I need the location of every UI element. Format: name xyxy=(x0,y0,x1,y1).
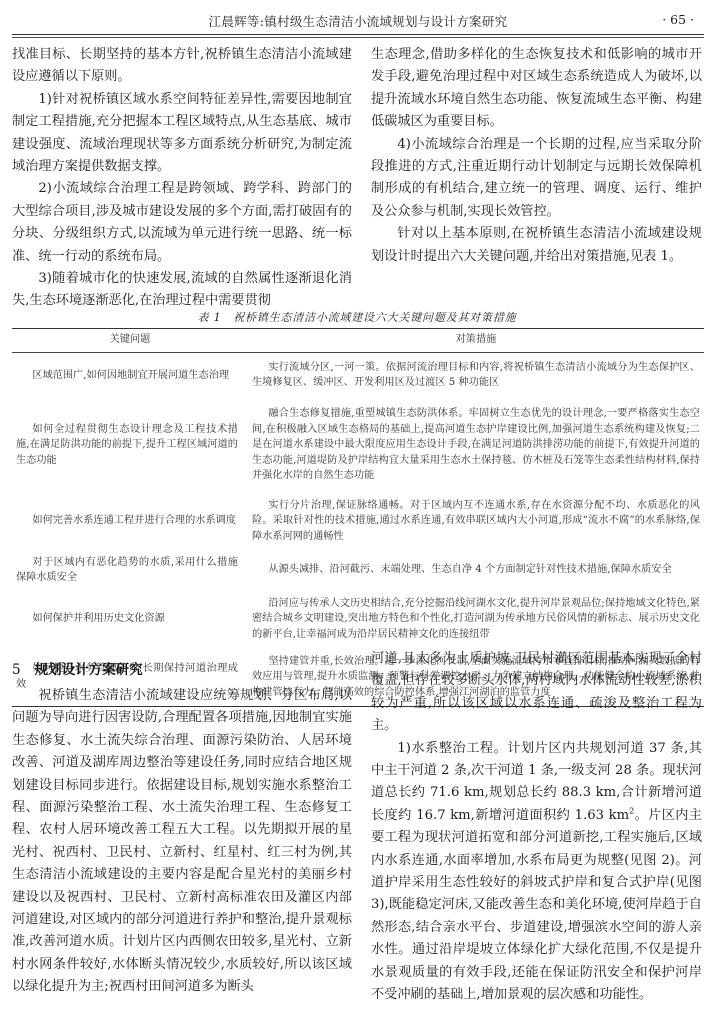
table-caption: 表 1 祝桥镇生态清洁小流域建设六大关键问题及其对策措施 xyxy=(0,309,714,325)
running-title: 江晨辉等:镇村级生态清洁小流域规划与设计方案研究 xyxy=(12,12,704,30)
table-row: 如何全过程贯彻生态设计理念及工程技术措施,在满足防洪功能的前提下,提升工程区域河… xyxy=(12,398,704,492)
section-heading: 5规划设计方案研究 xyxy=(12,658,143,678)
running-header: 江晨辉等:镇村级生态清洁小流域规划与设计方案研究 · 65 · xyxy=(12,8,704,38)
paragraph: 找准目标、长期坚持的基本方针,祝桥镇生态清洁小流域建设应遵循以下原则。 xyxy=(12,44,352,89)
principle-2: 2)小流域综合治理工程是跨领域、跨学科、跨部门的大型综合项目,涉及城市建设发展的… xyxy=(12,178,352,268)
key-issue-cell: 如何保护并利用历史文化资源 xyxy=(12,590,248,648)
key-issue-cell: 对于区域内有恶化趋势的水质,采用什么措施保障水质安全 xyxy=(12,550,248,590)
table-row: 如何完善水系连通工程并进行合理的水系调度 实行分片治理,保证脉络通畅。对于区域内… xyxy=(12,492,704,550)
water-system-paragraph: 1)水系整治工程。计划片区内共规划河道 37 条,其中主干河道 2 条,次干河道… xyxy=(371,738,702,1007)
measure-cell: 实行分片治理,保证脉络通畅。对于区域内互不连通水系,存在水资源分配不均、水质恶化… xyxy=(248,492,704,550)
table-row: 如何保护并利用历史文化资源 沿河应与传承人文历史相结合,充分挖掘沿线河湖水文化,… xyxy=(12,590,704,648)
paragraph: 河道,且大多为土质护坡,卫民村灌区范围基本实现了全村覆盖,但存在较多断头水体,两… xyxy=(371,648,702,738)
measure-cell: 从源头减排、沿河截污、末端处理、生态自净 4 个方面制定针对性技术措施,保障水质… xyxy=(248,550,704,590)
top-left-column: 找准目标、长期坚持的基本方针,祝桥镇生态清洁小流域建设应遵循以下原则。 1)针对… xyxy=(12,44,352,313)
paragraph: 生态理念,借助多样化的生态恢复技术和低影响的城市开发手段,避免治理过程中对区域生… xyxy=(371,44,702,134)
measure-cell: 实行流域分区,一河一策。依据河流治理目标和内容,将祝桥镇生态清洁小流域分为生态保… xyxy=(248,352,704,398)
bottom-left-column: 祝桥镇生态清洁小流域建设应统筹规划、分区布局,以问题为导向进行因害设防,合理配置… xyxy=(12,685,352,999)
bottom-right-column: 河道,且大多为土质护坡,卫民村灌区范围基本实现了全村覆盖,但存在较多断头水体,两… xyxy=(371,648,702,1007)
page-number: · 65 · xyxy=(662,12,694,27)
key-issue-cell: 如何全过程贯彻生态设计理念及工程技术措施,在满足防洪功能的前提下,提升工程区域河… xyxy=(12,398,248,492)
section-number: 5 xyxy=(12,662,21,678)
column-header-key-issue: 关键问题 xyxy=(12,329,248,353)
column-header-measures: 对策措施 xyxy=(248,329,704,353)
top-right-column: 生态理念,借助多样化的生态恢复技术和低影响的城市开发手段,避免治理过程中对区域生… xyxy=(371,44,702,268)
section-title: 规划设计方案研究 xyxy=(35,662,143,678)
header-rule xyxy=(12,34,704,38)
measure-cell: 沿河应与传承人文历史相结合,充分挖掘沿线河湖水文化,提升河岸景观品位;保持地域文… xyxy=(248,590,704,648)
principle-1: 1)针对祝桥镇区域水系空间特征差异性,需要因地制宜制定工程措施,充分把握本工程区… xyxy=(12,89,352,179)
paragraph: 祝桥镇生态清洁小流域建设应统筹规划、分区布局,以问题为导向进行因害设防,合理配置… xyxy=(12,685,352,999)
table-row: 区域范围广,如何因地制宜开展河道生态治理 实行流域分区,一河一策。依据河流治理目… xyxy=(12,352,704,398)
principle-4: 4)小流域综合治理是一个长期的过程,应当采取分阶段推进的方式,注重近期行动计划制… xyxy=(371,134,702,224)
key-issue-cell: 区域范围广,如何因地制宜开展河道生态治理 xyxy=(12,352,248,398)
measure-cell: 融合生态修复措施,重塑城镇生态防洪体系。牢固树立生态优先的设计理念,一要严格落实… xyxy=(248,398,704,492)
text-run: 。片区内主要工程为现状河道拓宽和部分河道新挖,工程实施后,区域内水系连通,水面率… xyxy=(371,808,702,1002)
table-header-row: 关键问题 对策措施 xyxy=(12,329,704,353)
principle-3: 3)随着城市化的快速发展,流域的自然属性逐渐退化消失,生态环境逐渐恶化,在治理过… xyxy=(12,268,352,313)
table-row: 对于区域内有恶化趋势的水质,采用什么措施保障水质安全 从源头减排、沿河截污、末端… xyxy=(12,550,704,590)
key-issue-cell: 如何完善水系连通工程并进行合理的水系调度 xyxy=(12,492,248,550)
paragraph-table-reference: 针对以上基本原则,在祝桥镇生态清洁小流域建设规划设计时提出六大关键问题,并给出对… xyxy=(371,223,702,268)
